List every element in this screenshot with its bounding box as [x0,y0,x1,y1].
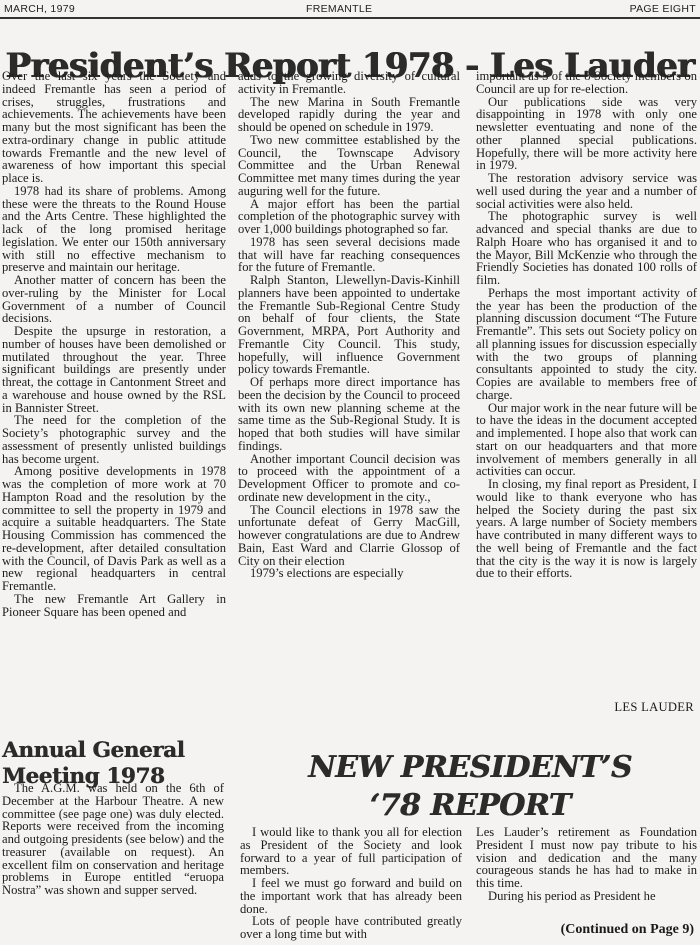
article-column-1: Over the last six years the Society and … [2,70,226,618]
paragraph: During his period as President he [476,890,697,903]
paragraph: A major effort has been the partial comp… [238,198,460,236]
paragraph: Among positive developments in 1978 was … [2,465,226,593]
paragraph: 1978 has seen several decisions made tha… [238,236,460,274]
paragraph: Despite the upsurge in restoration, a nu… [2,325,226,414]
paragraph: Les Lauder’s retirement as Foundation Pr… [476,826,697,890]
new-president-column-1: I would like to thank you all for electi… [240,826,462,941]
paragraph: The Council elections in 1978 saw the un… [238,504,460,568]
paragraph: Perhaps the most important activity of t… [476,287,697,402]
paragraph: Our major work in the near future will b… [476,402,697,479]
agm-headline-line-1: Annual General [2,738,184,763]
paragraph: The A.G.M. was held on the 6th of Decemb… [2,782,224,897]
new-president-headline: NEW PRESIDENT’S ‘78 REPORT [240,749,700,825]
paragraph: important as 5 of the 8 Society members … [476,70,697,96]
paragraph: The new Fremantle Art Gallery in Pioneer… [2,593,226,619]
paragraph: 1978 had its share of problems. Among th… [2,185,226,274]
masthead: MARCH, 1979 FREMANTLE PAGE EIGHT [0,0,700,20]
paragraph: Ralph Stanton, Llewellyn-Davis-Kinhill p… [238,274,460,376]
paragraph: Over the last six years the Society and … [2,70,226,185]
new-president-column-2: Les Lauder’s retirement as Foundation Pr… [476,826,697,903]
paragraph: The photographic survey is well advanced… [476,210,697,287]
publication-name: FREMANTLE [306,3,372,15]
paragraph: In closing, my final report as President… [476,478,697,580]
masthead-rule [0,17,700,19]
author-signature: LES LAUDER [614,700,694,715]
agm-body: The A.G.M. was held on the 6th of Decemb… [2,782,224,897]
paragraph: I would like to thank you all for electi… [240,826,462,877]
paragraph: Another important Council decision was t… [238,453,460,504]
paragraph: 1979’s elections are especially [238,567,460,580]
article-column-3: important as 5 of the 8 Society members … [476,70,697,580]
paragraph: I feel we must go forward and build on t… [240,877,462,915]
paragraph: Another matter of concern has been the o… [2,274,226,325]
issue-date: MARCH, 1979 [4,3,75,15]
paragraph: Lots of people have contributed greatly … [240,915,462,941]
paragraph: Of perhaps more direct importance has be… [238,376,460,453]
new-president-headline-line-2: ‘78 REPORT [370,788,571,823]
new-president-headline-line-1: NEW PRESIDENT’S [308,750,632,785]
continued-on-page-note: (Continued on Page 9) [561,922,694,938]
paragraph: The new Marina in South Fremantle develo… [238,96,460,134]
paragraph: Two new committee established by the Cou… [238,134,460,198]
paragraph: The restoration advisory service was wel… [476,172,697,210]
paragraph: The need for the completion of the Socie… [2,414,226,465]
paragraph: Our publications side was very disappoin… [476,96,697,173]
article-column-2: adds to the growing diversity of cultura… [238,70,460,580]
paragraph: adds to the growing diversity of cultura… [238,70,460,96]
page-number: PAGE EIGHT [630,3,696,15]
